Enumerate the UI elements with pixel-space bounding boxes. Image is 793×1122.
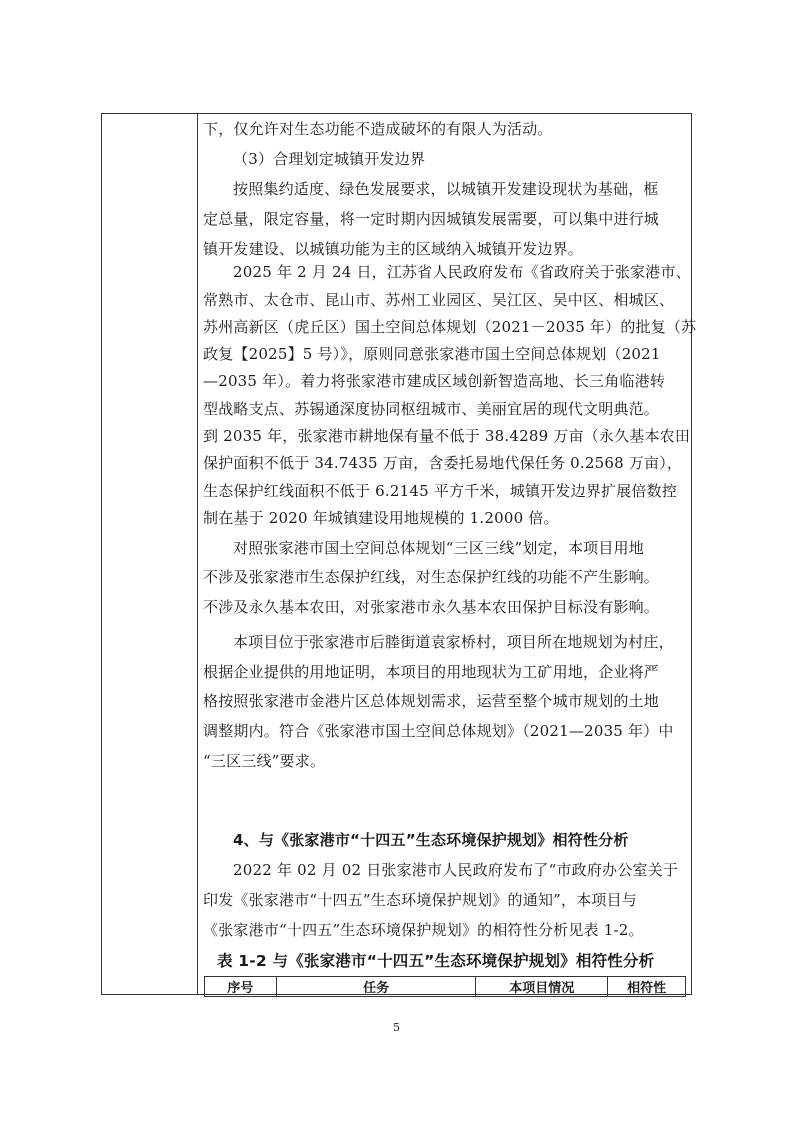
paragraph-line: “三区三线”要求。 xyxy=(203,753,325,769)
paragraph-line: 下，仅允许对生态功能不造成破坏的有限人为活动。 xyxy=(203,121,553,137)
paragraph-line: 常熟市、太仓市、昆山市、苏州工业园区、吴江区、吴中区、相城区、 xyxy=(203,292,674,308)
paragraph-line: 生态保护红线面积不低于 6.2145 平方千米，城镇开发边界扩展倍数控 xyxy=(203,483,677,499)
paragraph-line: 格按照张家港市金港片区总体规划需求，运营至整个城市规划的土地 xyxy=(203,693,659,709)
paragraph-line: 根据企业提供的用地证明，本项目的用地现状为工矿用地，企业将严 xyxy=(203,664,659,680)
header-task: 任务 xyxy=(276,977,476,997)
compliance-table: 序号 任务 本项目情况 相符性 xyxy=(204,976,686,997)
header-index: 序号 xyxy=(205,977,277,997)
table-header-row: 序号 任务 本项目情况 相符性 xyxy=(205,977,686,997)
paragraph-line: 制在基于 2020 年城镇建设用地规模的 1.2000 倍。 xyxy=(203,510,559,526)
header-project-status: 本项目情况 xyxy=(476,977,608,997)
paragraph-line: 保护面积不低于 34.7435 万亩，含委托易地代保任务 0.2568 万亩）， xyxy=(203,455,682,471)
paragraph-line: 政复【2025】5 号）》，原则同意张家港市国土空间总体规划（2021 xyxy=(203,346,661,362)
paragraph-line: 调整期内。符合《张家港市国土空间总体规划》（2021—2035 年）中 xyxy=(203,723,674,739)
paragraph-line: 不涉及张家港市生态保护红线，对生态保护红线的功能不产生影响。 xyxy=(203,569,659,585)
paragraph-line: 2025 年 2 月 24 日，江苏省人民政府发布《省政府关于张家港市、 xyxy=(233,264,691,280)
paragraph-line: 按照集约适度、绿色发展要求，以城镇开发建设现状为基础，框 xyxy=(233,181,659,197)
paragraph-line: 到 2035 年，张家港市耕地保有量不低于 38.4289 万亩（永久基本农田 xyxy=(203,428,690,444)
paragraph-line: 苏州高新区（虎丘区）国土空间总体规划（2021－2035 年）的批复（苏 xyxy=(203,319,696,335)
paragraph-line: （3）合理划定城镇开发边界 xyxy=(233,151,425,167)
paragraph-line: 镇开发建设、以城镇功能为主的区域纳入城镇开发边界。 xyxy=(203,241,583,257)
column-divider xyxy=(197,113,198,995)
table-title: 表 1-2 与《张家港市“十四五”生态环境保护规划》相符性分析 xyxy=(217,953,654,969)
paragraph-line: 《张家港市“十四五”生态环境保护规划》的相符性分析见表 1-2。 xyxy=(203,922,644,938)
paragraph-line: 型战略支点、苏锡通深度协同枢纽城市、美丽宜居的现代文明典范。 xyxy=(203,401,659,417)
page-number: 5 xyxy=(0,1021,793,1034)
paragraph-line: 本项目位于张家港市后塍街道袁家桥村，项目所在地规划为村庄， xyxy=(233,634,674,650)
paragraph-line: —2035 年）。着力将张家港市建成区域创新智造高地、长三角临港转 xyxy=(203,373,665,389)
paragraph-line: 印发《张家港市“十四五”生态环境保护规划》的通知”，本项目与 xyxy=(203,892,637,908)
paragraph-line: 定总量，限定容量，将一定时期内因城镇发展需要，可以集中进行城 xyxy=(203,211,659,227)
paragraph-line: 不涉及永久基本农田，对张家港市永久基本农田保护目标没有影响。 xyxy=(203,599,659,615)
paragraph-line: 对照张家港市国土空间总体规划“三区三线”划定，本项目用地 xyxy=(233,540,644,556)
header-compliance: 相符性 xyxy=(608,977,686,997)
paragraph-line: 2022 年 02 月 02 日张家港市人民政府发布了“市政府办公室关于 xyxy=(233,862,678,878)
section-heading: 4、与《张家港市“十四五”生态环境保护规划》相符性分析 xyxy=(233,832,629,848)
